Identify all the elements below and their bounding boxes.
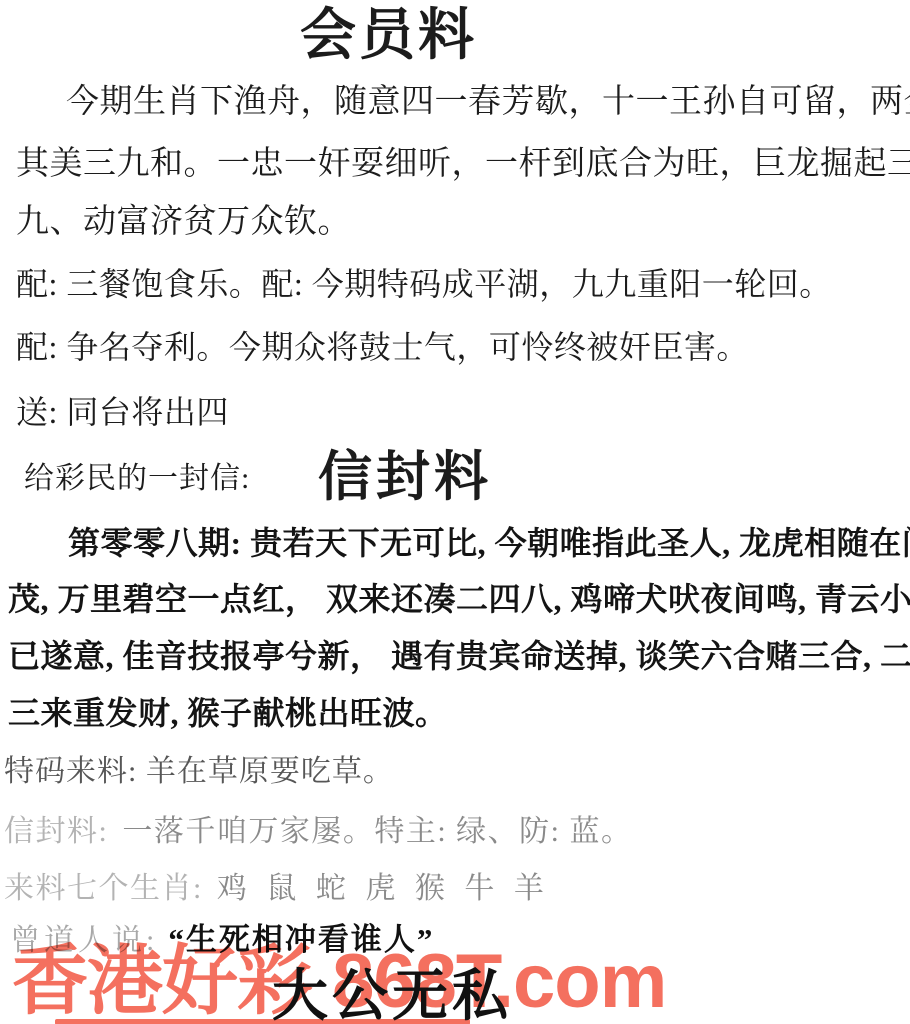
special-code-line: 特码来料: 羊在草原要吃草。 (4, 755, 394, 790)
envelope-section-title: 信封料 (318, 446, 492, 508)
pairing-line: 配: 争名夺利。今期众将鼓士气，可怜终被奸臣害。 (16, 329, 749, 366)
envelope-paragraph-line: 已遂意, 佳音技报亭兮新， 遇有贵宾命送掉, 谈笑六合赌三合, 二开 (8, 638, 910, 675)
envelope-paragraph-line: 茂, 万里碧空一点红， 双来还凑二四八, 鸡啼犬吠夜间鸣, 青云小路 (8, 581, 910, 618)
footer-slogan: 大公无私 (272, 968, 512, 1024)
envelope-paragraph-line: 三来重发财, 猴子献桃出旺波。 (8, 695, 448, 732)
member-paragraph-line: 其美三九和。一忠一奸耍细听，一杆到底合为旺，巨龙掘起三一 (16, 146, 910, 184)
envelope-material-text: 一落千咱万家屡。特主: 绿、防: 蓝。 (122, 815, 632, 848)
envelope-material-label: 信封料: (4, 815, 108, 848)
zodiac-line: 来料七个生肖:鸡 鼠 蛇 虎 猴 牛 羊 (4, 872, 550, 907)
member-paragraph-line: 九、动富济贫万众钦。 (16, 204, 351, 242)
zodiac-list: 鸡 鼠 蛇 虎 猴 牛 羊 (217, 872, 550, 905)
zodiac-label: 来料七个生肖: (4, 872, 203, 905)
letter-intro-label: 给彩民的一封信: (24, 462, 250, 497)
member-section-title: 会员料 (300, 4, 477, 68)
envelope-paragraph-line: 第零零八期: 贵若天下无可比, 今朝唯指此圣人, 龙虎相随在门 (68, 525, 910, 562)
gift-line: 送: 同台将出四 (16, 394, 229, 431)
member-paragraph-line: 今期生肖下渔舟，随意四一春芳歇，十一王孙自可留，两全 (66, 84, 910, 122)
envelope-material-line: 信封料:一落千咱万家屡。特主: 绿、防: 蓝。 (4, 815, 633, 850)
scanned-lottery-tip-sheet: 会员料 今期生肖下渔舟，随意四一春芳歇，十一王孙自可留，两全 其美三九和。一忠一… (0, 0, 910, 1024)
pairing-line: 配: 三餐饱食乐。配: 今期特码成平湖，九九重阳一轮回。 (16, 266, 832, 303)
